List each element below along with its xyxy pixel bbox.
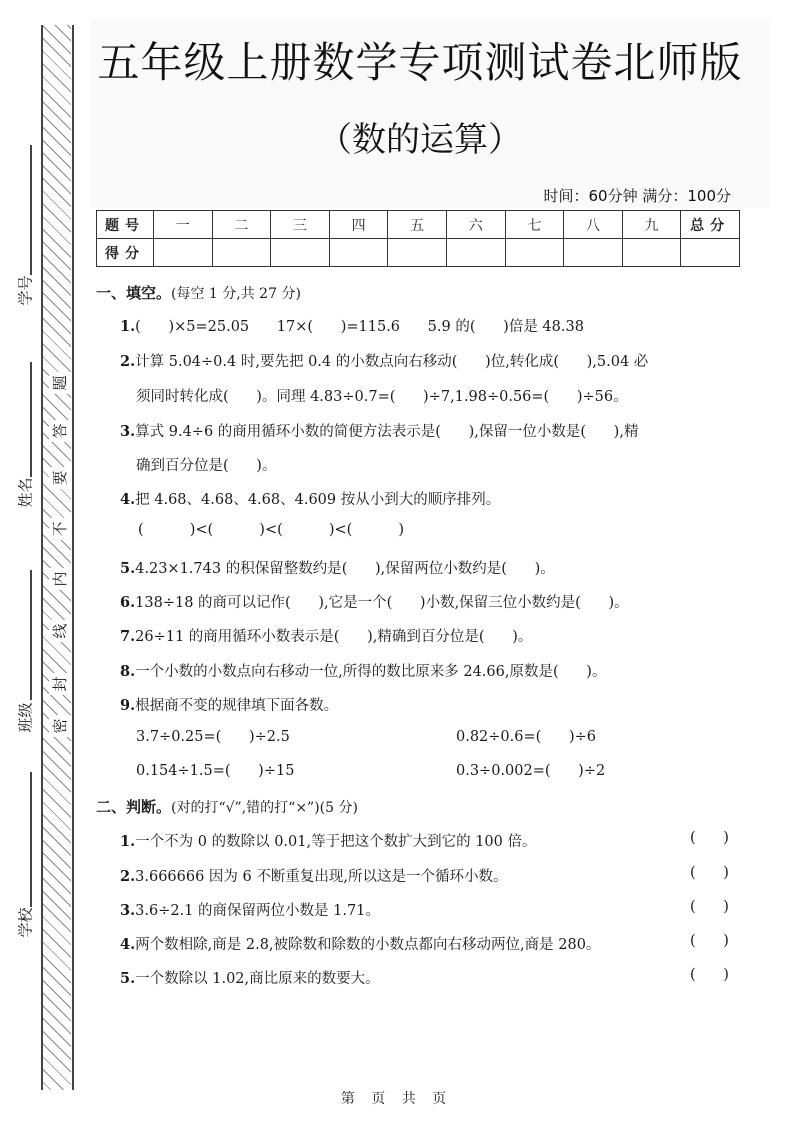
q9-item: 0.3÷0.002=( )÷2 [456,763,605,779]
question-continuation: 确到百分位是( )。 [136,454,276,475]
page-subtitle: （数的运算） [90,112,750,161]
school-label: 学校 [15,906,36,940]
question-number: 1. [120,833,135,850]
question-number: 5. [120,970,135,987]
seal-char: 密 [49,715,71,737]
question-number: 4. [120,491,135,508]
seal-char: 题 [49,372,71,394]
answer-blank[interactable]: ( ) [690,830,729,846]
question: 4.把 4.68、4.68、4.68、4.609 按从小到大的顺序排列。 [120,488,500,509]
question-answer-blanks: ( )<( )<( )<( ) [138,522,404,538]
question-number: 1. [120,318,135,335]
column-header: 三 [271,211,330,239]
score-cell[interactable] [622,239,681,267]
seal-char: 封 [49,673,71,695]
column-header: 二 [212,211,271,239]
question-text: ( )<( )<( )<( ) [138,522,404,538]
q9-item: 3.7÷0.25=( )÷2.5 [136,729,290,745]
question-number: 2. [120,868,135,885]
judge-question: 2.3.666666 因为 6 不断重复出现,所以这是一个循环小数。 [120,865,508,886]
class-field[interactable] [30,570,32,700]
question-text: 4.23×1.743 的积保留整数约是( ),保留两位小数约是( )。 [135,561,555,577]
question-text: 须同时转化成( )。同理 4.83÷0.7=( )÷7,1.98÷0.56=( … [136,389,628,405]
seal-char: 内 [49,568,71,590]
row-label: 题号 [97,211,154,239]
question-continuation: 须同时转化成( )。同理 4.83÷0.7=( )÷7,1.98÷0.56=( … [136,385,628,406]
question-number: 2. [120,353,135,370]
question-text: 26÷11 的商用循环小数表示是( ),精确到百分位是( )。 [135,629,532,645]
name-field[interactable] [30,362,32,477]
question: 6.138÷18 的商可以记作( ),它是一个( )小数,保留三位小数约是( )… [120,591,629,612]
seal-char: 要 [49,467,71,489]
question: 1.( )×5=25.05 17×( )=115.6 5.9 的( )倍是 48… [120,315,584,336]
question-number: 7. [120,628,135,645]
question: 9.根据商不变的规律填下面各数。 [120,694,338,715]
row-label: 得分 [97,239,154,267]
question: 8.一个小数的小数点向右移动一位,所得的数比原来多 24.66,原数是( )。 [120,660,606,681]
column-header: 六 [446,211,505,239]
section-note: (每空 1 分,共 27 分) [171,286,301,302]
question: 2.计算 5.04÷0.4 时,要先把 0.4 的小数点向右移动( )位,转化成… [120,350,648,371]
question-text: 算式 9.4÷6 的商用循环小数的简便方法表示是( ),保留一位小数是( ),精 [135,424,638,440]
section-title: 二、判断。 [96,798,171,816]
question-text: 把 4.68、4.68、4.68、4.609 按从小到大的顺序排列。 [135,492,500,508]
question-number: 8. [120,663,135,680]
score-cell[interactable] [212,239,271,267]
student-id-field[interactable] [30,145,32,275]
question-number: 5. [120,560,135,577]
section-note: (对的打“√”,错的打“×”)(5 分) [171,800,358,816]
question-number: 4. [120,936,135,953]
judge-question: 3.3.6÷2.1 的商保留两位小数是 1.71。 [120,899,380,920]
student-id-label: 学号 [15,274,36,308]
q9-item: 0.154÷1.5=( )÷15 [136,763,294,779]
question-text: 一个不为 0 的数除以 0.01,等于把这个数扩大到它的 100 倍。 [135,834,536,850]
column-header: 八 [564,211,623,239]
question-text: 根据商不变的规律填下面各数。 [135,698,338,714]
score-cell[interactable] [564,239,623,267]
score-cell[interactable] [388,239,447,267]
score-table-score-row: 得分 [97,239,740,267]
score-cell[interactable] [154,239,213,267]
seal-char: 不 [49,518,71,540]
question: 7.26÷11 的商用循环小数表示是( ),精确到百分位是( )。 [120,625,532,646]
judge-question: 1.一个不为 0 的数除以 0.01,等于把这个数扩大到它的 100 倍。 [120,830,536,851]
question-text: 3.6÷2.1 的商保留两位小数是 1.71。 [135,903,380,919]
score-table-header-row: 题号 一 二 三 四 五 六 七 八 九 总分 [97,211,740,239]
question-text: 确到百分位是( )。 [136,458,276,474]
answer-blank[interactable]: ( ) [690,899,729,915]
question-text: 3.666666 因为 6 不断重复出现,所以这是一个循环小数。 [135,869,507,885]
name-label: 姓名 [15,476,36,510]
score-cell[interactable] [681,239,740,267]
score-cell[interactable] [271,239,330,267]
class-label: 班级 [15,701,36,735]
question-text: 两个数相除,商是 2.8,被除数和除数的小数点都向右移动两位,商是 280。 [135,937,600,953]
question-number: 3. [120,902,135,919]
score-cell[interactable] [505,239,564,267]
question-number: 3. [120,423,135,440]
exam-meta: 时间：60分钟 满分：100分 [544,185,732,206]
q9-item: 0.82÷0.6=( )÷6 [456,729,596,745]
answer-blank[interactable]: ( ) [690,933,729,949]
column-header: 五 [388,211,447,239]
school-field[interactable] [30,772,32,907]
question-text: 一个小数的小数点向右移动一位,所得的数比原来多 24.66,原数是( )。 [135,664,606,680]
seal-char: 答 [49,420,71,442]
answer-blank[interactable]: ( ) [690,967,729,983]
section-heading: 一、填空。(每空 1 分,共 27 分) [96,282,301,303]
section-title: 一、填空。 [96,284,171,302]
score-cell[interactable] [446,239,505,267]
question: 5.4.23×1.743 的积保留整数约是( ),保留两位小数约是( )。 [120,557,555,578]
column-header: 一 [154,211,213,239]
binding-line-inner [72,25,74,1090]
column-header: 总分 [681,211,740,239]
column-header: 七 [505,211,564,239]
column-header: 九 [622,211,681,239]
answer-blank[interactable]: ( ) [690,865,729,881]
question-text: 138÷18 的商可以记作( ),它是一个( )小数,保留三位小数约是( )。 [135,595,629,611]
question-text: 一个数除以 1.02,商比原来的数要大。 [135,971,380,987]
score-cell[interactable] [329,239,388,267]
question-text: ( )×5=25.05 17×( )=115.6 5.9 的( )倍是 48.3… [135,319,584,335]
judge-question: 5.一个数除以 1.02,商比原来的数要大。 [120,967,380,988]
score-table: 题号 一 二 三 四 五 六 七 八 九 总分 得分 [96,210,740,267]
section-heading: 二、判断。(对的打“√”,错的打“×”)(5 分) [96,796,358,817]
column-header: 四 [329,211,388,239]
judge-question: 4.两个数相除,商是 2.8,被除数和除数的小数点都向右移动两位,商是 280。 [120,933,600,954]
question-text: 计算 5.04÷0.4 时,要先把 0.4 的小数点向右移动( )位,转化成( … [135,354,648,370]
page-title: 五年级上册数学专项测试卷北师版 [90,30,750,90]
question-number: 9. [120,697,135,714]
page-footer: 第 页 共 页 [0,1088,793,1108]
question-number: 6. [120,594,135,611]
question: 3.算式 9.4÷6 的商用循环小数的简便方法表示是( ),保留一位小数是( )… [120,420,638,441]
seal-char: 线 [49,620,71,642]
binding-hatch [43,25,71,1090]
